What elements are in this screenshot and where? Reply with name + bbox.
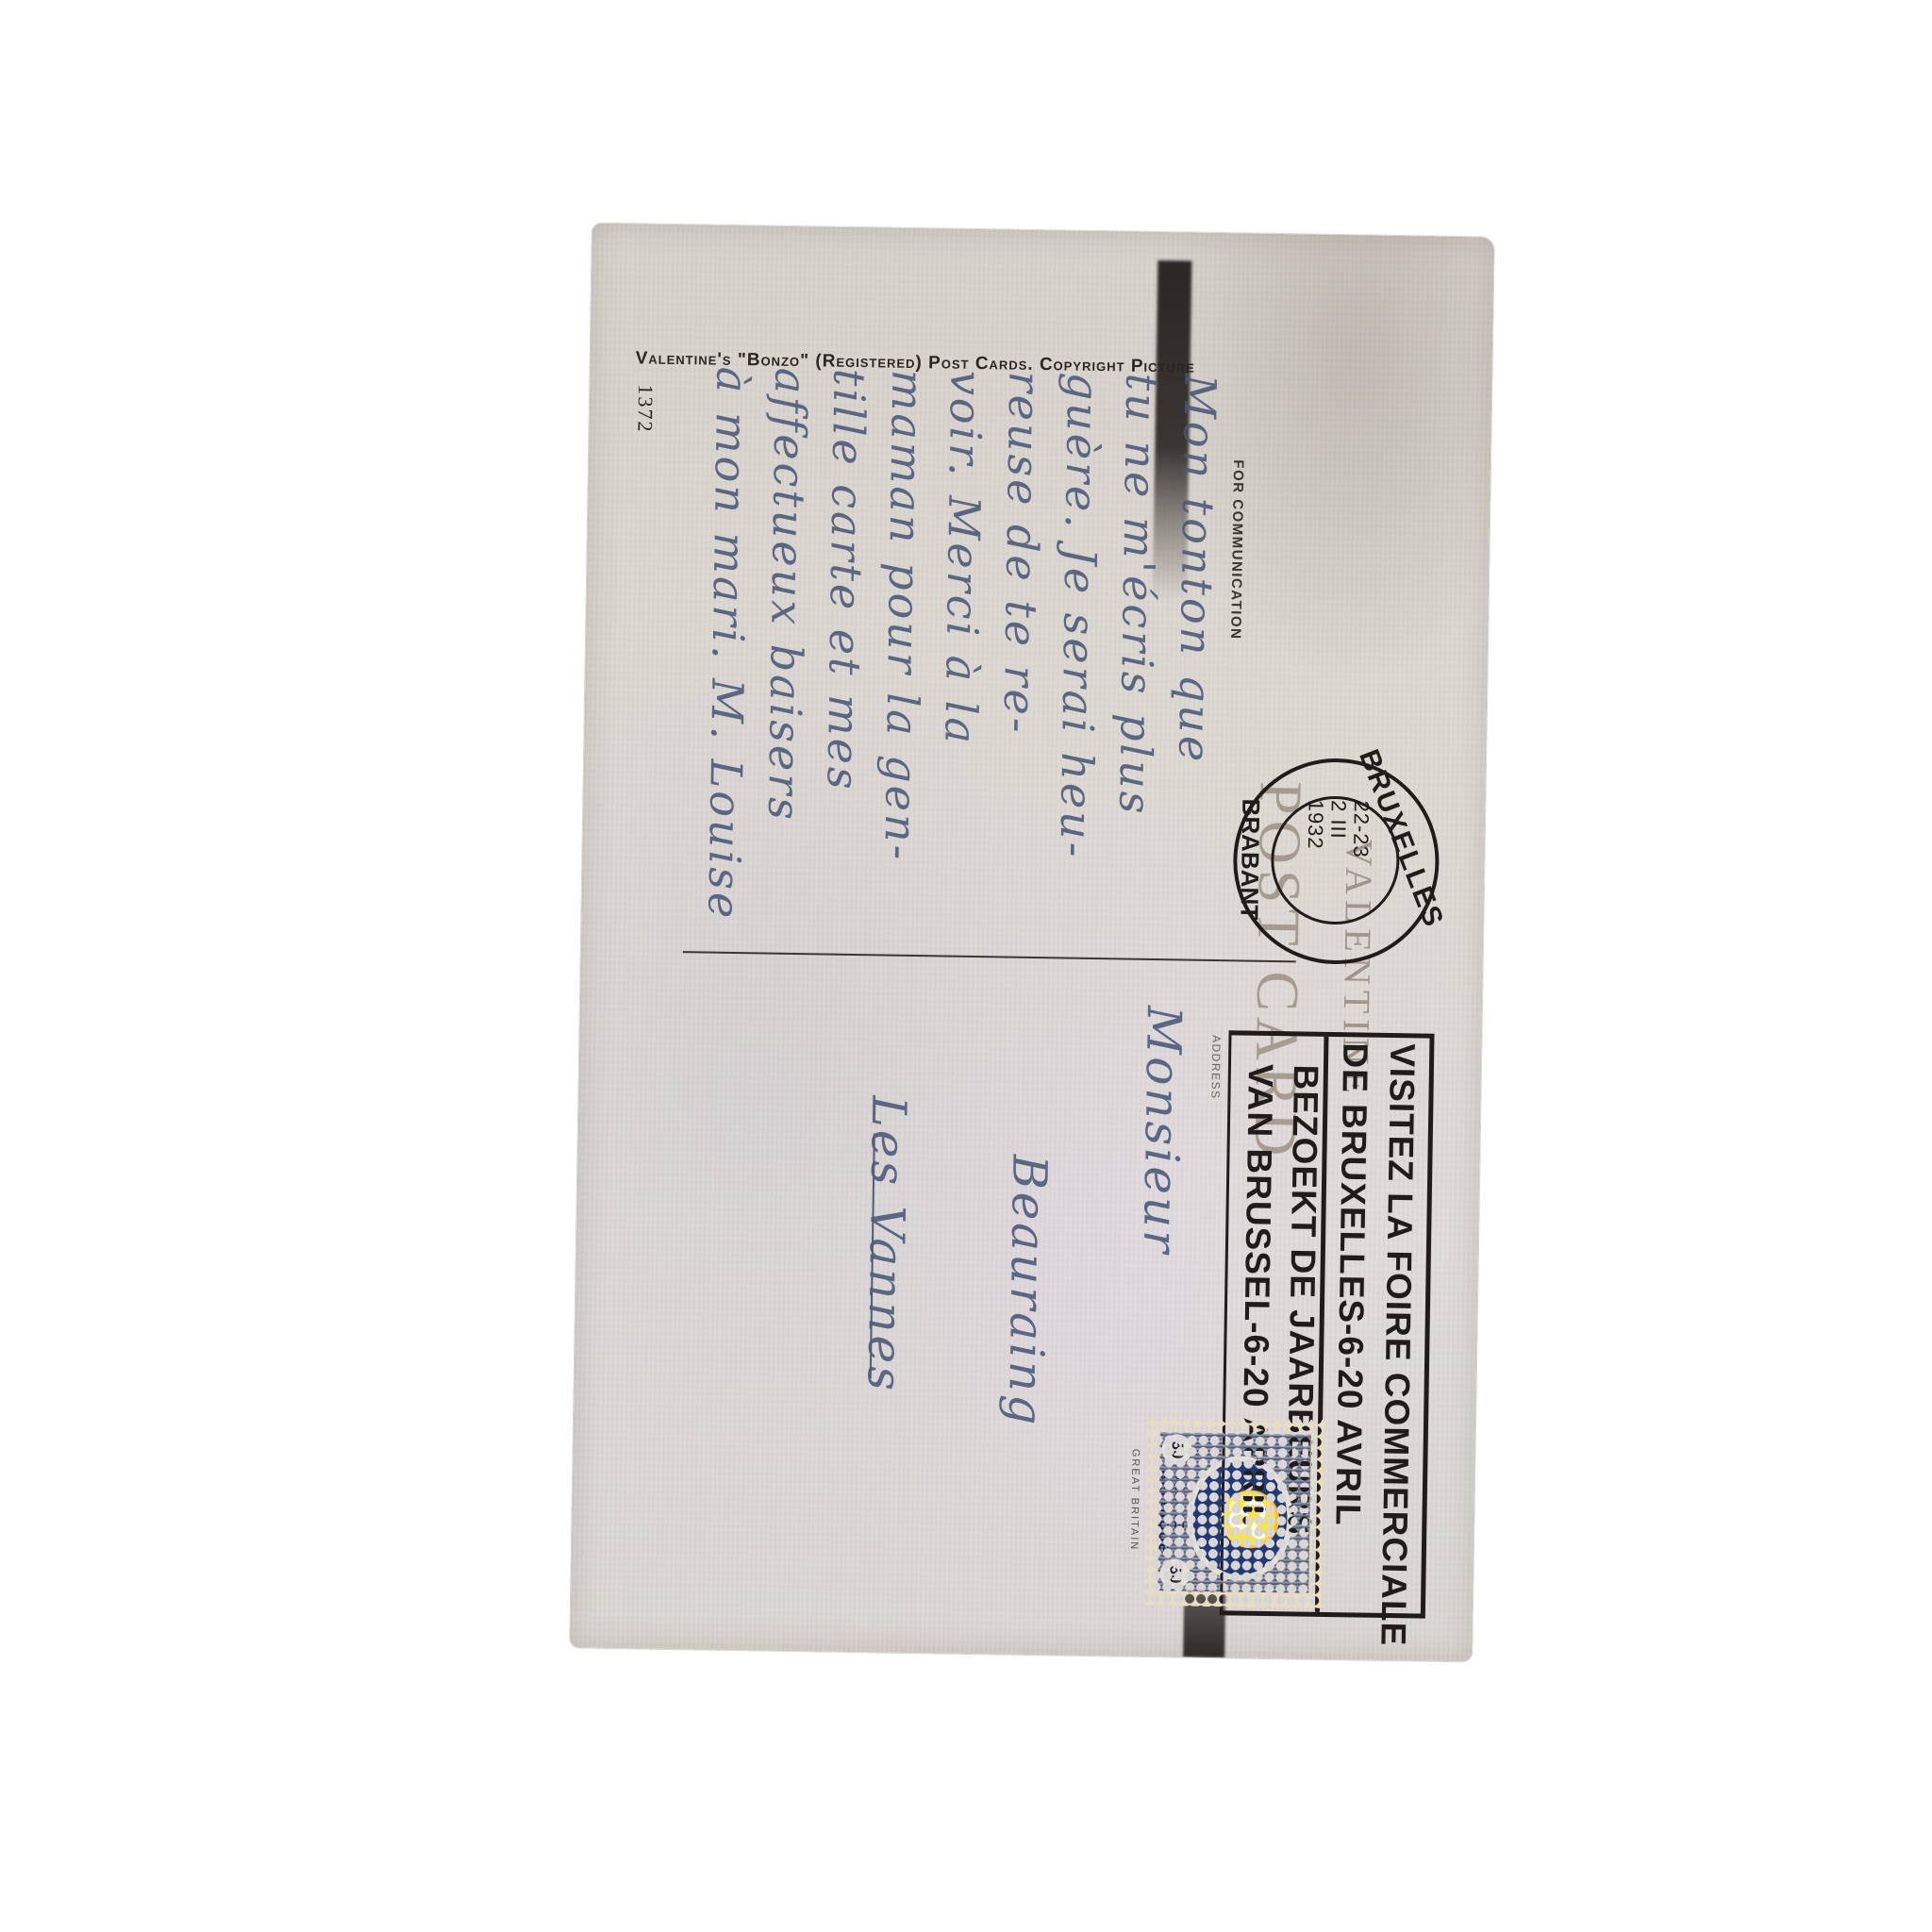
stamp-face: ♌ BELGIE BELGIQUE 50 50 <box>1158 1432 1311 1592</box>
lion-icon: ♌ <box>1217 1488 1284 1551</box>
postage-stamp: ♌ BELGIE BELGIQUE 50 50 <box>1144 1417 1324 1608</box>
card-number: 1372 <box>632 384 658 433</box>
handwritten-message: Mon tonton quetu ne m'écris plusguère. J… <box>592 224 1494 238</box>
message-line: Mon tonton que <box>1169 374 1225 764</box>
address-line: Monsieur <box>1133 1006 1191 1257</box>
postmark-region: BRABANT <box>1234 798 1265 920</box>
postmark-date: 22-23 2 III 1932 <box>1303 800 1373 858</box>
for-communication-label: FOR COMMUNICATION <box>1227 459 1246 640</box>
center-divider <box>683 951 1296 962</box>
handwritten-address: MonsieurBeauraingLes Vannes <box>592 224 1494 238</box>
stamp-oval: ♌ <box>1186 1456 1293 1582</box>
slogan-line-1: VISITEZ LA FOIRE COMMERCIALE <box>1373 1043 1422 1647</box>
postmark: BRUXELLES 22-23 2 III 1932 BRABANT <box>1232 757 1441 965</box>
stamp-value-top: 50 <box>1161 1434 1191 1464</box>
message-line: voir. Merci à la <box>935 370 991 746</box>
address-line: Les Vannes <box>857 1095 916 1393</box>
address-line: Beauraing <box>998 1155 1058 1428</box>
message-line: tille carte et mes <box>817 368 874 792</box>
message-line: affectueux baisers <box>758 367 817 823</box>
publisher-header: Valentine's "Bonzo" (Registered) Post Ca… <box>635 348 1465 382</box>
postmark-time: 22-23 <box>1349 800 1374 858</box>
address-label: ADDRESS <box>1208 1035 1223 1100</box>
message-line: maman pour la gen- <box>874 369 933 862</box>
made-in-label: GREAT BRITAIN <box>1128 1449 1141 1552</box>
message-line: tu ne m'écris plus <box>1109 373 1167 817</box>
message-line: guère. Je serai heu- <box>1050 372 1108 859</box>
message-line: à mon mari. M. Louise <box>699 367 758 896</box>
postmark-day: 2 III <box>1326 800 1351 840</box>
postmark-year: 1932 <box>1304 800 1328 850</box>
message-line: reuse de te re- <box>993 371 1050 735</box>
postcard: Valentine's "Bonzo" (Registered) Post Ca… <box>570 224 1494 1662</box>
slogan-line-2: DE BRUXELLES-6-20 AVRIL <box>1327 1042 1374 1526</box>
